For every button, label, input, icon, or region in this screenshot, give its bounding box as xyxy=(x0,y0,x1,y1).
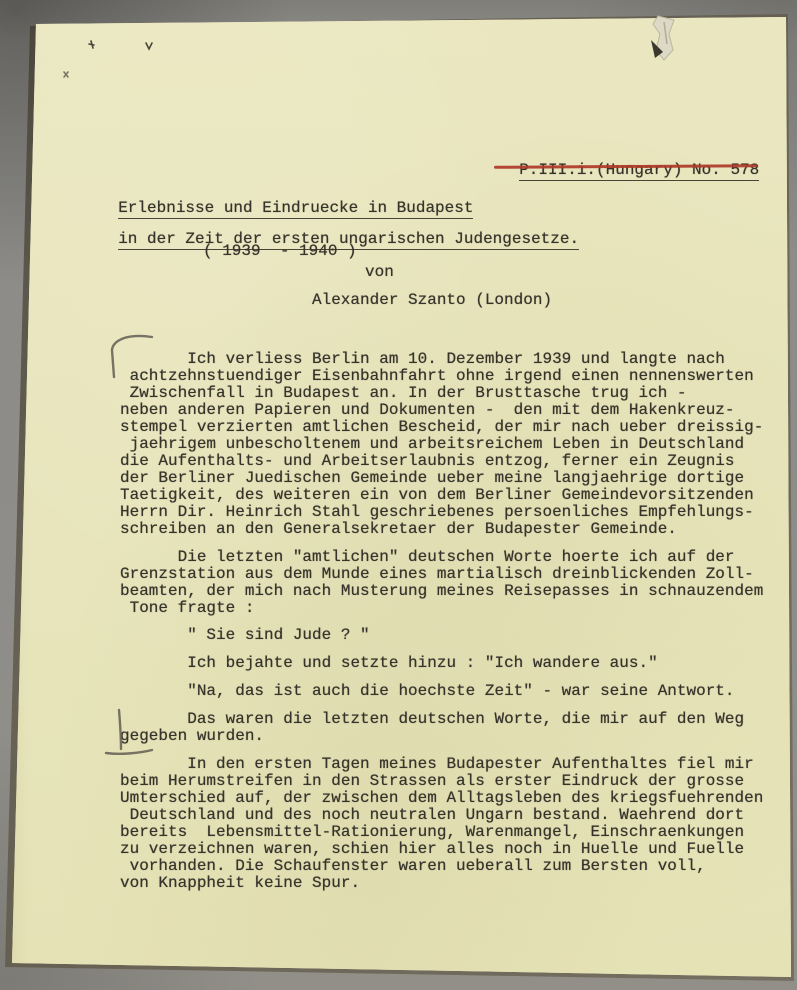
quote-line-3: "Na, das ist auch die hoechste Zeit" - w… xyxy=(120,683,735,700)
paragraph-7: In den ersten Tagen meines Budapester Au… xyxy=(120,756,763,892)
byline: von xyxy=(365,264,394,281)
scanned-document-photo: { "document": { "reference": "P.III.i.(H… xyxy=(0,0,797,990)
quote-line-1: " Sie sind Jude ? " xyxy=(120,627,370,644)
date-range: ( 1939 - 1940 ) xyxy=(203,243,357,260)
paragraph-6: Das waren die letzten deutschen Worte, d… xyxy=(120,711,744,745)
archive-reference-number: P.III.i.(Hungary) No. 578 xyxy=(500,145,759,181)
quote-line-2: Ich bejahte und setzte hinzu : "Ich wand… xyxy=(120,655,658,672)
paragraph-1: Ich verliess Berlin am 10. Dezember 1939… xyxy=(120,351,763,538)
paragraph-2: Die letzten "amtlichen" deutschen Worte … xyxy=(120,549,763,617)
author-name: Alexander Szanto (London) xyxy=(312,292,552,309)
